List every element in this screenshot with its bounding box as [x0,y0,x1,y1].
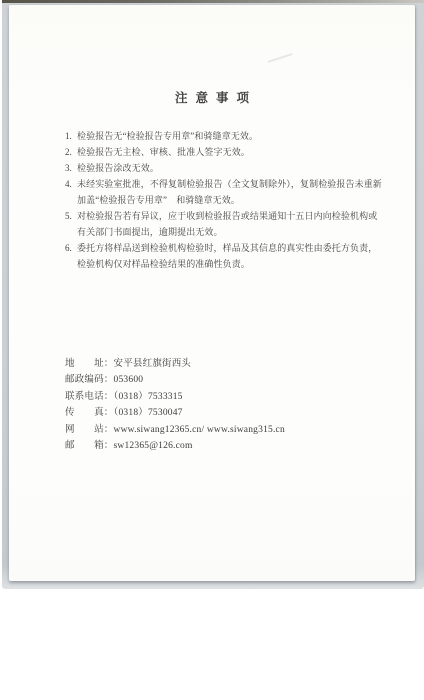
scanner-background: 注意事项 1. 检验报告无“检验报告专用章”和骑缝章无效。 2. 检验报告无主检… [2,0,424,589]
note-number: 6. [65,240,77,272]
contact-value: 053600 [114,375,144,385]
contact-row-email: 邮 箱：sw12365@126.com [65,438,395,454]
note-text: 检验报告无主检、审核、批准人签字无效。 [77,144,385,160]
note-number: 3. [65,160,77,176]
note-number: 4. [65,176,77,208]
note-text: 对检验报告若有异议，应于收到检验报告或结果通知十五日内向检验机构或有关部门书面提… [77,208,385,240]
contact-row-phone: 联系电话：（0318）7533315 [65,389,395,405]
contact-row-postcode: 邮政编码：053600 [65,372,395,388]
note-text: 检验报告无“检验报告专用章”和骑缝章无效。 [77,128,385,144]
scan-top-edge [2,0,424,3]
contact-label: 地 址： [65,359,114,369]
contact-label: 传 真： [65,408,114,418]
contact-value: （0318）7530047 [114,408,183,418]
contact-value: www.siwang12365.cn/ www.siwang315.cn [114,425,285,435]
contact-label: 网 站： [65,425,114,435]
contact-label: 邮 箱： [65,441,114,451]
contact-value: sw12365@126.com [114,441,193,451]
contact-label: 邮政编码： [65,375,114,385]
note-item: 1. 检验报告无“检验报告专用章”和骑缝章无效。 [65,128,391,144]
note-number: 5. [65,208,77,240]
note-text: 未经实验室批准，不得复制检验报告（全文复制除外），复制检验报告未重新加盖“检验报… [77,176,385,208]
note-item: 2. 检验报告无主检、审核、批准人签字无效。 [65,144,391,160]
note-item: 6. 委托方将样品送到检验机构检验时，样品及其信息的真实性由委托方负责，检验机构… [65,240,391,272]
document-page: 注意事项 1. 检验报告无“检验报告专用章”和骑缝章无效。 2. 检验报告无主检… [9,5,415,581]
contact-row-website: 网 站：www.siwang12365.cn/ www.siwang315.cn [65,422,395,438]
note-number: 2. [65,144,77,160]
notes-list: 1. 检验报告无“检验报告专用章”和骑缝章无效。 2. 检验报告无主检、审核、批… [65,128,391,272]
contact-value: （0318）7533315 [114,392,183,402]
contact-value: 安平县红旗街西头 [114,359,192,369]
note-item: 5. 对检验报告若有异议，应于收到检验报告或结果通知十五日内向检验机构或有关部门… [65,208,391,240]
contact-row-fax: 传 真：（0318）7530047 [65,405,395,421]
contact-row-address: 地 址：安平县红旗街西头 [65,356,395,372]
note-item: 3. 检验报告涂改无效。 [65,160,391,176]
contact-label: 联系电话： [65,392,114,402]
note-number: 1. [65,128,77,144]
scan-artifact [267,53,292,63]
contact-block: 地 址：安平县红旗街西头 邮政编码：053600 联系电话：（0318）7533… [65,356,395,454]
page-title: 注意事项 [9,88,415,106]
note-text: 检验报告涂改无效。 [77,160,385,176]
note-item: 4. 未经实验室批准，不得复制检验报告（全文复制除外），复制检验报告未重新加盖“… [65,176,391,208]
note-text: 委托方将样品送到检验机构检验时，样品及其信息的真实性由委托方负责，检验机构仅对样… [77,240,385,272]
